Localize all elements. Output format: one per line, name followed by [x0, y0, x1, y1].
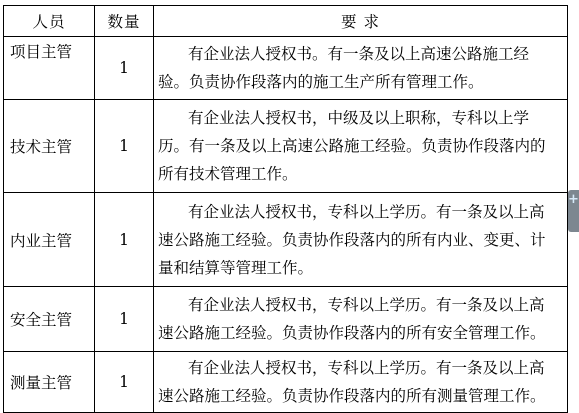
role-cell: 项目主管: [4, 37, 95, 100]
role-cell: 测量主管: [4, 352, 95, 413]
header-requirement: 要 求: [154, 6, 568, 37]
table-row: 测量主管 1 有企业法人授权书，专科以上学历。有一条及以上高 速公路施工经验。负…: [4, 352, 568, 413]
header-quantity: 数量: [95, 6, 154, 37]
quantity-cell: 1: [95, 193, 154, 287]
document-page: 人员 数量 要 求 项目主管 1 有企业法人授权书。有一条及以上高速公路施工经 …: [0, 0, 579, 413]
quantity-cell: 1: [95, 100, 154, 193]
staff-requirements-table: 人员 数量 要 求 项目主管 1 有企业法人授权书。有一条及以上高速公路施工经 …: [3, 5, 568, 413]
quantity-cell: 1: [95, 287, 154, 352]
requirement-cell: 有企业法人授权书。有一条及以上高速公路施工经 验。负责协作段落内的施工生产所有管…: [154, 37, 568, 100]
quantity-cell: 1: [95, 352, 154, 413]
role-cell: 安全主管: [4, 287, 95, 352]
role-cell: 技术主管: [4, 100, 95, 193]
requirement-cell: 有企业法人授权书，专科以上学历。有一条及以上高 速公路施工经验。负责协作段落内的…: [154, 352, 568, 413]
table-row: 项目主管 1 有企业法人授权书。有一条及以上高速公路施工经 验。负责协作段落内的…: [4, 37, 568, 100]
table-row: 内业主管 1 有企业法人授权书，专科以上学历。有一条及以上高 速公路施工经验。负…: [4, 193, 568, 287]
requirement-cell: 有企业法人授权书，中级及以上职称，专科以上学 历。有一条及以上高速公路施工经验。…: [154, 100, 568, 193]
table-header-row: 人员 数量 要 求: [4, 6, 568, 37]
header-personnel: 人员: [4, 6, 95, 37]
floating-plus-button[interactable]: +: [568, 190, 579, 232]
plus-icon: +: [568, 192, 579, 208]
table-row: 安全主管 1 有企业法人授权书，专科以上学历。有一条及以上高 速公路施工经验。负…: [4, 287, 568, 352]
requirement-cell: 有企业法人授权书，专科以上学历。有一条及以上高 速公路施工经验。负责协作段落内的…: [154, 193, 568, 287]
quantity-cell: 1: [95, 37, 154, 100]
table-row: 技术主管 1 有企业法人授权书，中级及以上职称，专科以上学 历。有一条及以上高速…: [4, 100, 568, 193]
requirement-cell: 有企业法人授权书，专科以上学历。有一条及以上高 速公路施工经验。负责协作段落内的…: [154, 287, 568, 352]
role-cell: 内业主管: [4, 193, 95, 287]
